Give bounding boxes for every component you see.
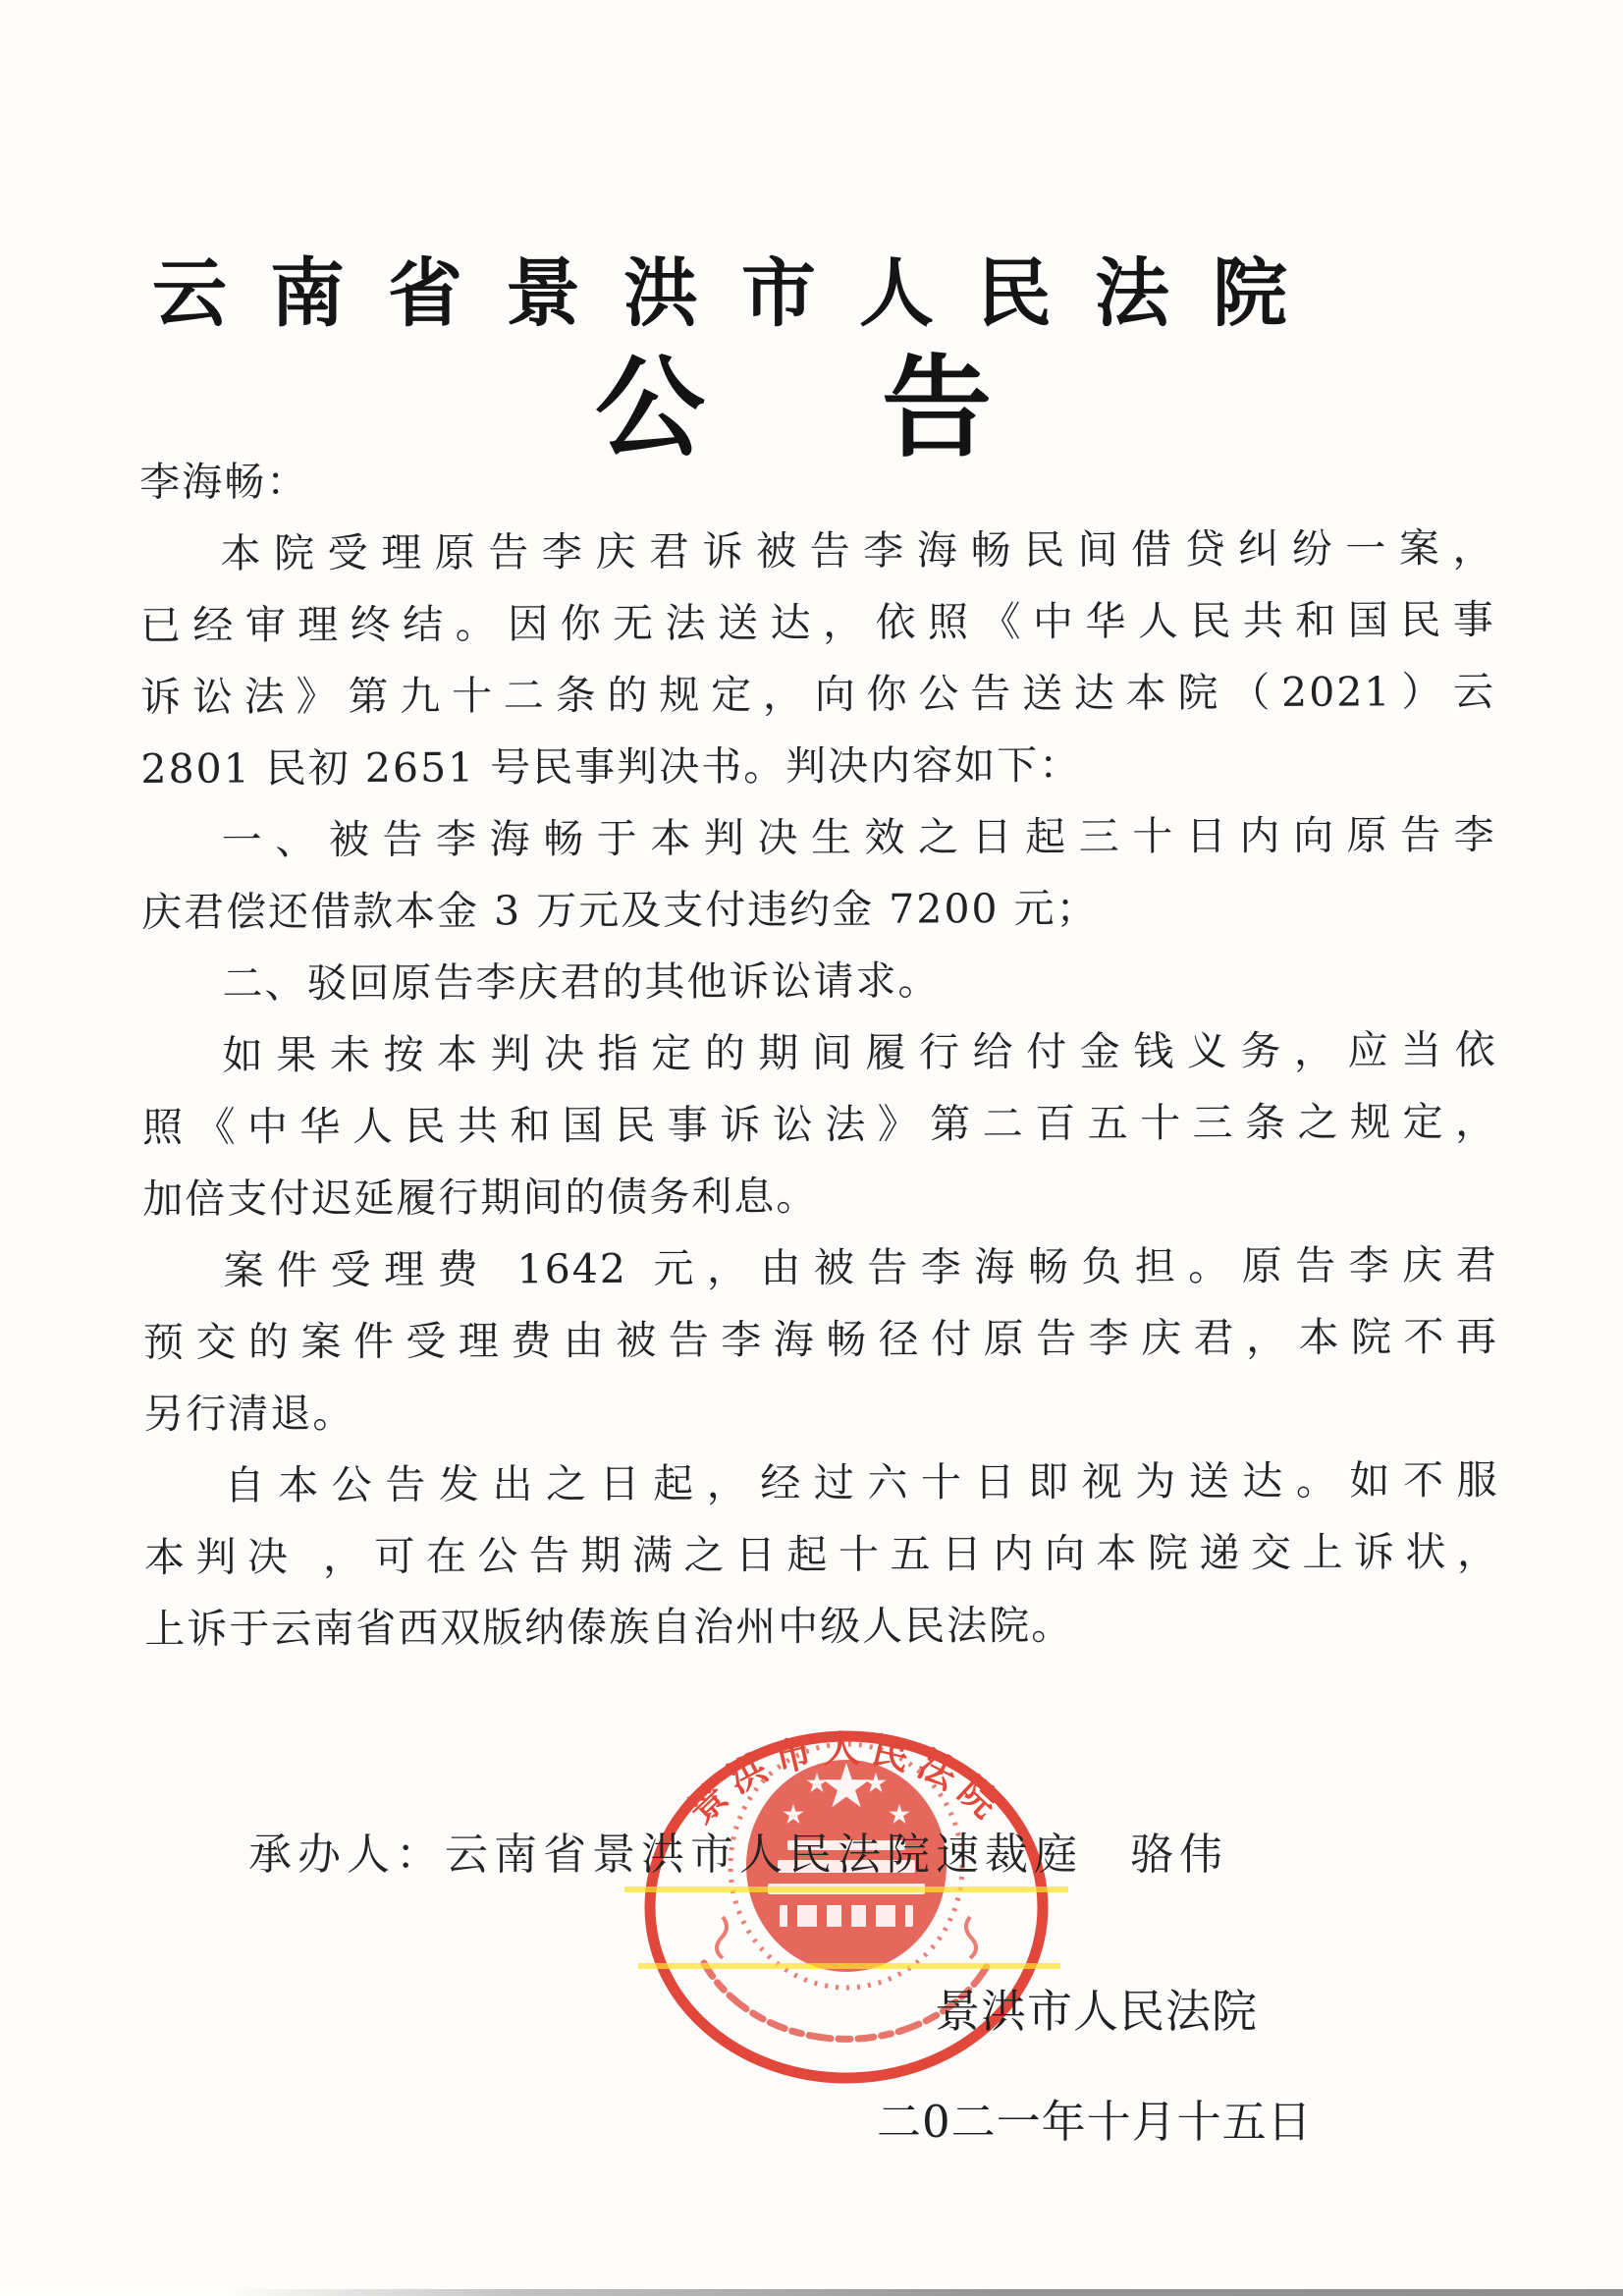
signature-date: 二0二一年十月十五日: [877, 2086, 1313, 2150]
seal-side-script-left: [717, 1917, 727, 1958]
body-line: 案件受理费 1642 元，由被告李海畅负担。原告李庆君: [143, 1230, 1498, 1307]
body-line: 上诉于云南省西双版纳傣族自治州中级人民法院。: [144, 1588, 1499, 1666]
body-line: 李海畅：: [139, 441, 1494, 519]
signature-court-name: 景洪市人民法院: [935, 1976, 1258, 2041]
scan-streak: [638, 1963, 1060, 1969]
page-bottom-edge: [0, 2289, 1623, 2296]
body-line: 本院受理原告李庆君诉被告李海畅民间借贷纠纷一案，: [139, 513, 1494, 590]
body-line: 诉讼法》第九十二条的规定，向你公告送达本院（2021）云: [140, 656, 1495, 734]
body-line: 一、被告李海畅于本判决生效之日起三十日内向原告李: [141, 799, 1496, 877]
scanned-court-announcement-page: 云南省景洪市人民法院 公告 李海畅：本院受理原告李庆君诉被告李海畅民间借贷纠纷一…: [0, 0, 1623, 2296]
body-line: 庆君偿还借款本金 3 万元及支付违约金 7200 元；: [141, 871, 1496, 949]
scan-streak: [624, 1886, 1068, 1892]
body-line: 二、驳回原告李庆君的其他诉讼请求。: [141, 943, 1496, 1020]
body-line: 本判决 ，可在公告期满之日起十五日内向本院递交上诉状，: [144, 1516, 1499, 1594]
body-lines: 李海畅：本院受理原告李庆君诉被告李海畅民间借贷纠纷一案，已经审理终结。因你无法送…: [139, 441, 1499, 1666]
body-line: 另行清退。: [143, 1373, 1498, 1450]
body-line: 照《中华人民共和国民事诉讼法》第二百五十三条之规定，: [142, 1086, 1497, 1164]
seal-side-script-right: [966, 1917, 976, 1958]
handler-name: 骆伟: [1130, 1830, 1228, 1880]
body-line: 已经审理终结。因你无法送达，依照《中华人民共和国民事: [140, 584, 1495, 662]
body-line: 自本公告发出之日起，经过六十日即视为送达。如不服: [143, 1445, 1498, 1522]
handler-label: 承办人：云南省景洪市人民法院速裁庭: [248, 1830, 1083, 1880]
body-line: 如果未按本判决指定的期间履行给付金钱义务，应当依: [142, 1014, 1497, 1092]
body-line: 加倍支付迟延履行期间的债务利息。: [142, 1158, 1497, 1235]
handler-line: 承办人：云南省景洪市人民法院速裁庭骆伟: [248, 1819, 1228, 1882]
body-line: 2801 民初 2651 号民事判决书。判决内容如下：: [140, 728, 1495, 805]
body-line: 预交的案件受理费由被告李海畅径付原告李庆君，本院不再: [143, 1301, 1498, 1379]
